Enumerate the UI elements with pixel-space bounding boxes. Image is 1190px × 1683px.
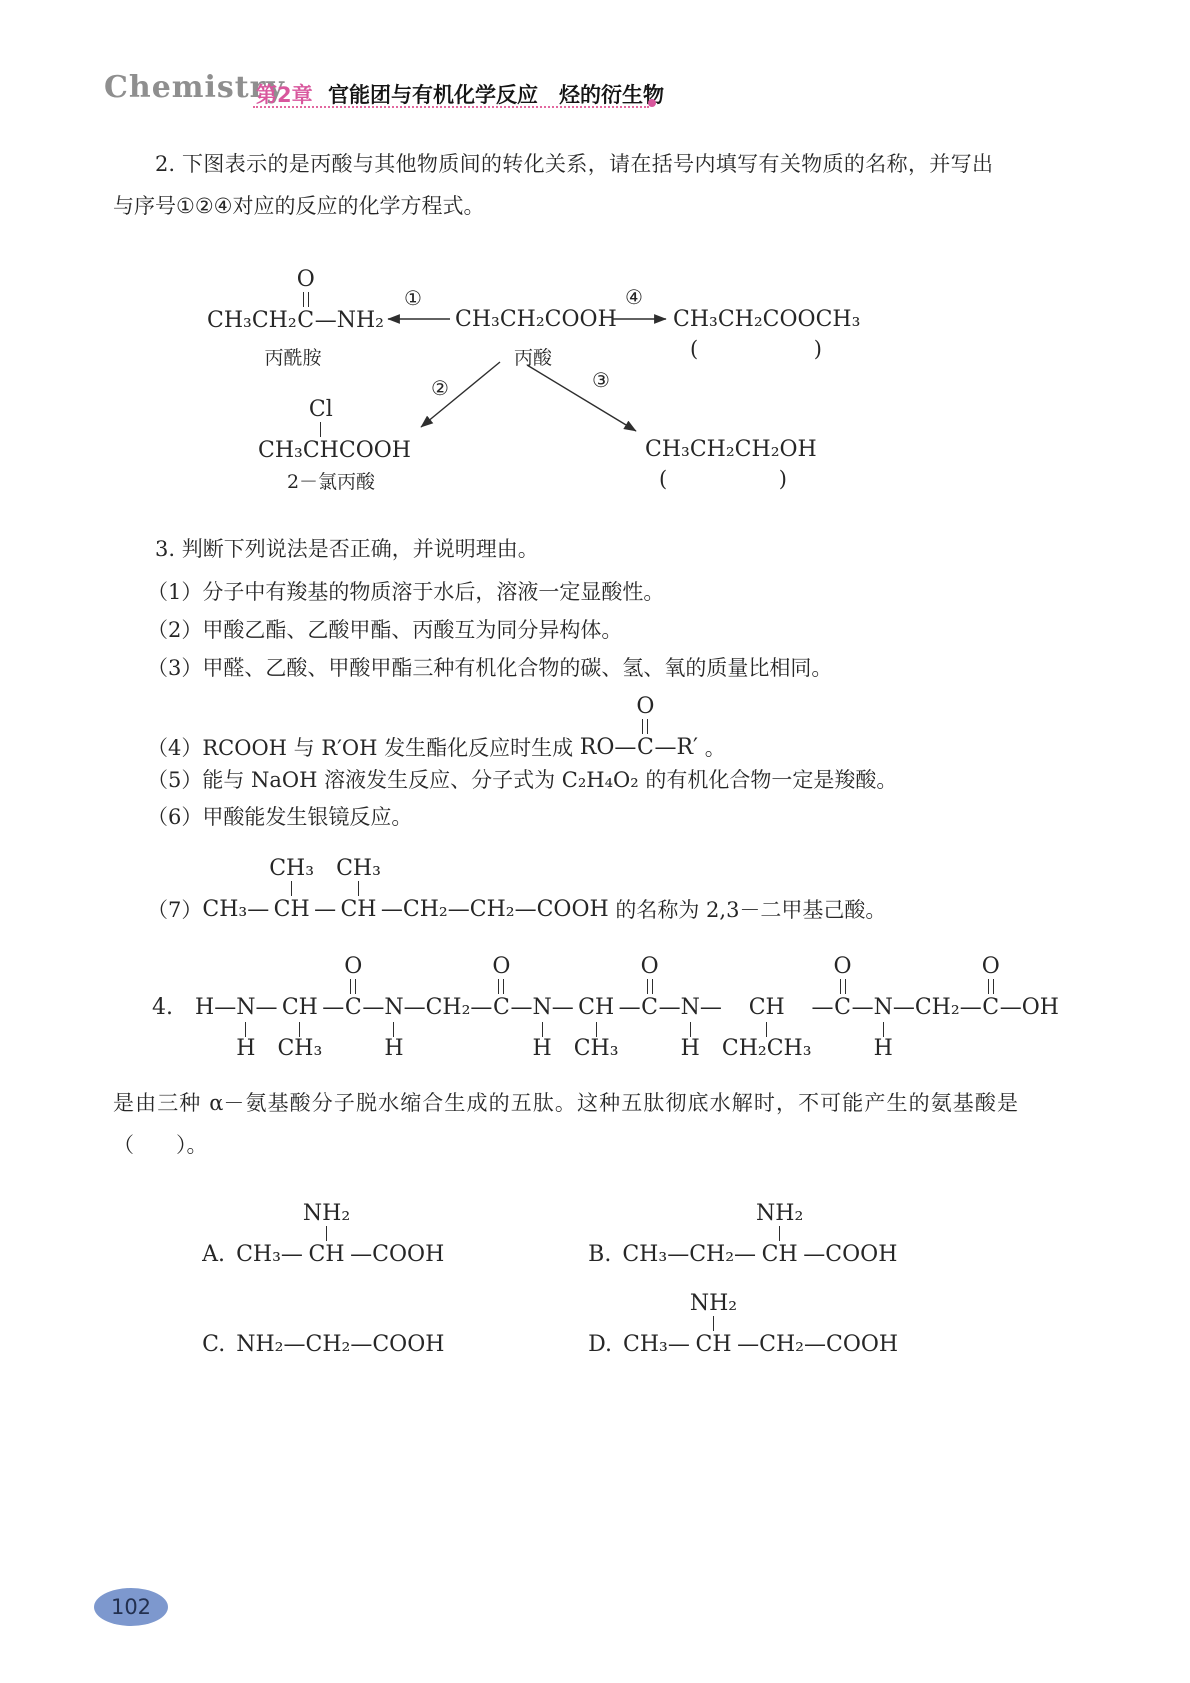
step-4-label: ④ [625, 285, 643, 309]
option-d: D. CH₃—NH₂CH—CH₂—COOH [578, 1270, 898, 1359]
option-b: B. CH₃—CH₂—NH₂CH—COOH [578, 1180, 897, 1269]
q3-item-6: （6）甲酸能发生银镜反应。 [147, 801, 412, 831]
q3-item-4-pre: （4）RCOOH 与 R′OH 发生酯化反应时生成 [147, 734, 580, 762]
propanoic-acid-label: 丙酸 [514, 343, 552, 370]
q3-item-7: （7） CH₃—CH₃CH—CH₃CH—CH₂—CH₂—COOH 的名称为 2,… [147, 854, 886, 924]
paren-left: ( [659, 467, 667, 491]
ester-name-blank: ( ) [690, 337, 822, 361]
ester-fragment-structure: RO—OC—R′ [580, 692, 698, 762]
propanol-formula: CH₃CH₂CH₂OH [645, 437, 817, 462]
chapter-title: 官能团与有机化学反应 烃的衍生物 [328, 79, 664, 109]
option-d-structure: D. CH₃—NH₂CH—CH₂—COOH [588, 1289, 898, 1359]
paren-left: ( [690, 337, 698, 361]
chloropropanoic-acid-label: 2－氯丙酸 [287, 467, 375, 494]
question-3-title: 3. 判断下列说法是否正确，并说明理由。 [155, 533, 539, 563]
option-b-structure: B. CH₃—CH₂—NH₂CH—COOH [588, 1199, 897, 1269]
propanoic-acid-formula: CH₃CH₂COOH [455, 307, 617, 332]
q3-item-1: （1）分子中有羧基的物质溶于水后，溶液一定显酸性。 [147, 576, 664, 606]
q3-item-5: （5）能与 NaOH 溶液发生反应、分子式为 C₂H₄O₂ 的有机化合物一定是羧… [147, 764, 897, 794]
step-3-label: ③ [592, 368, 610, 392]
propanamide-structure: CH₃CH₂OC—NH₂ [207, 265, 384, 335]
propanamide-label: 丙酰胺 [264, 343, 321, 370]
q3-item-2: （2）甲酸乙酯、乙酸甲酯、丙酸互为同分异构体。 [147, 614, 622, 644]
q3-item-3: （3）甲醛、乙酸、甲酸甲酯三种有机化合物的碳、氢、氧的质量比相同。 [147, 652, 832, 682]
option-c-structure: C. NH₂—CH₂—COOH [202, 1331, 444, 1359]
step-2-label: ② [431, 376, 449, 400]
arrow-step-3 [527, 365, 636, 431]
question-4: 4. H—NH—CHCH₃—OC—NH—CH₂—OC—NH—CHCH₃—OC—N… [152, 952, 1059, 1064]
page-number-badge: 102 [94, 1588, 168, 1626]
reaction-diagram: CH₃CH₂OC—NH₂ 丙酰胺 CH₃CH₂COOH 丙酸 ① ④ ② ③ C… [0, 255, 1190, 505]
paren-right: ) [779, 467, 787, 491]
option-a: A. CH₃—NH₂CH—COOH [192, 1180, 444, 1269]
page-number: 102 [111, 1595, 151, 1619]
chloropropanoic-acid-structure: CH₃ClCHCOOH [258, 395, 411, 465]
q3-item-7-pre: （7） [147, 896, 202, 924]
option-a-structure: A. CH₃—NH₂CH—COOH [202, 1199, 444, 1269]
alcohol-name-blank: ( ) [659, 467, 787, 491]
question-2-text: 2. 下图表示的是丙酸与其他物质间的转化关系，请在括号内填写有关物质的名称，并写… [113, 143, 993, 227]
q3-item-7-post: 的名称为 2,3－二甲基己酸。 [609, 896, 887, 924]
textbook-page: { "header": { "brand": "Chemistry", "cha… [0, 0, 1190, 1683]
dimethylhexanoic-acid-structure: CH₃—CH₃CH—CH₃CH—CH₂—CH₂—COOH [202, 854, 608, 924]
question-4-text: 是由三种 α－氨基酸分子脱水缩合生成的五肽。这种五肽彻底水解时，不可能产生的氨基… [113, 1082, 1018, 1166]
methyl-propanoate-formula: CH₃CH₂COOCH₃ [673, 307, 860, 332]
option-c: C. NH₂—CH₂—COOH [192, 1312, 444, 1359]
header-end-dot-icon [648, 99, 656, 107]
q3-item-4: （4）RCOOH 与 R′OH 发生酯化反应时生成 RO—OC—R′ 。 [147, 692, 726, 762]
step-1-label: ① [404, 286, 422, 310]
pentapeptide-structure: 4. H—NH—CHCH₃—OC—NH—CH₂—OC—NH—CHCH₃—OC—N… [152, 952, 1059, 1064]
paren-right: ) [814, 337, 822, 361]
q3-item-4-post: 。 [698, 734, 726, 762]
chapter-badge: 第2章 [256, 79, 313, 109]
